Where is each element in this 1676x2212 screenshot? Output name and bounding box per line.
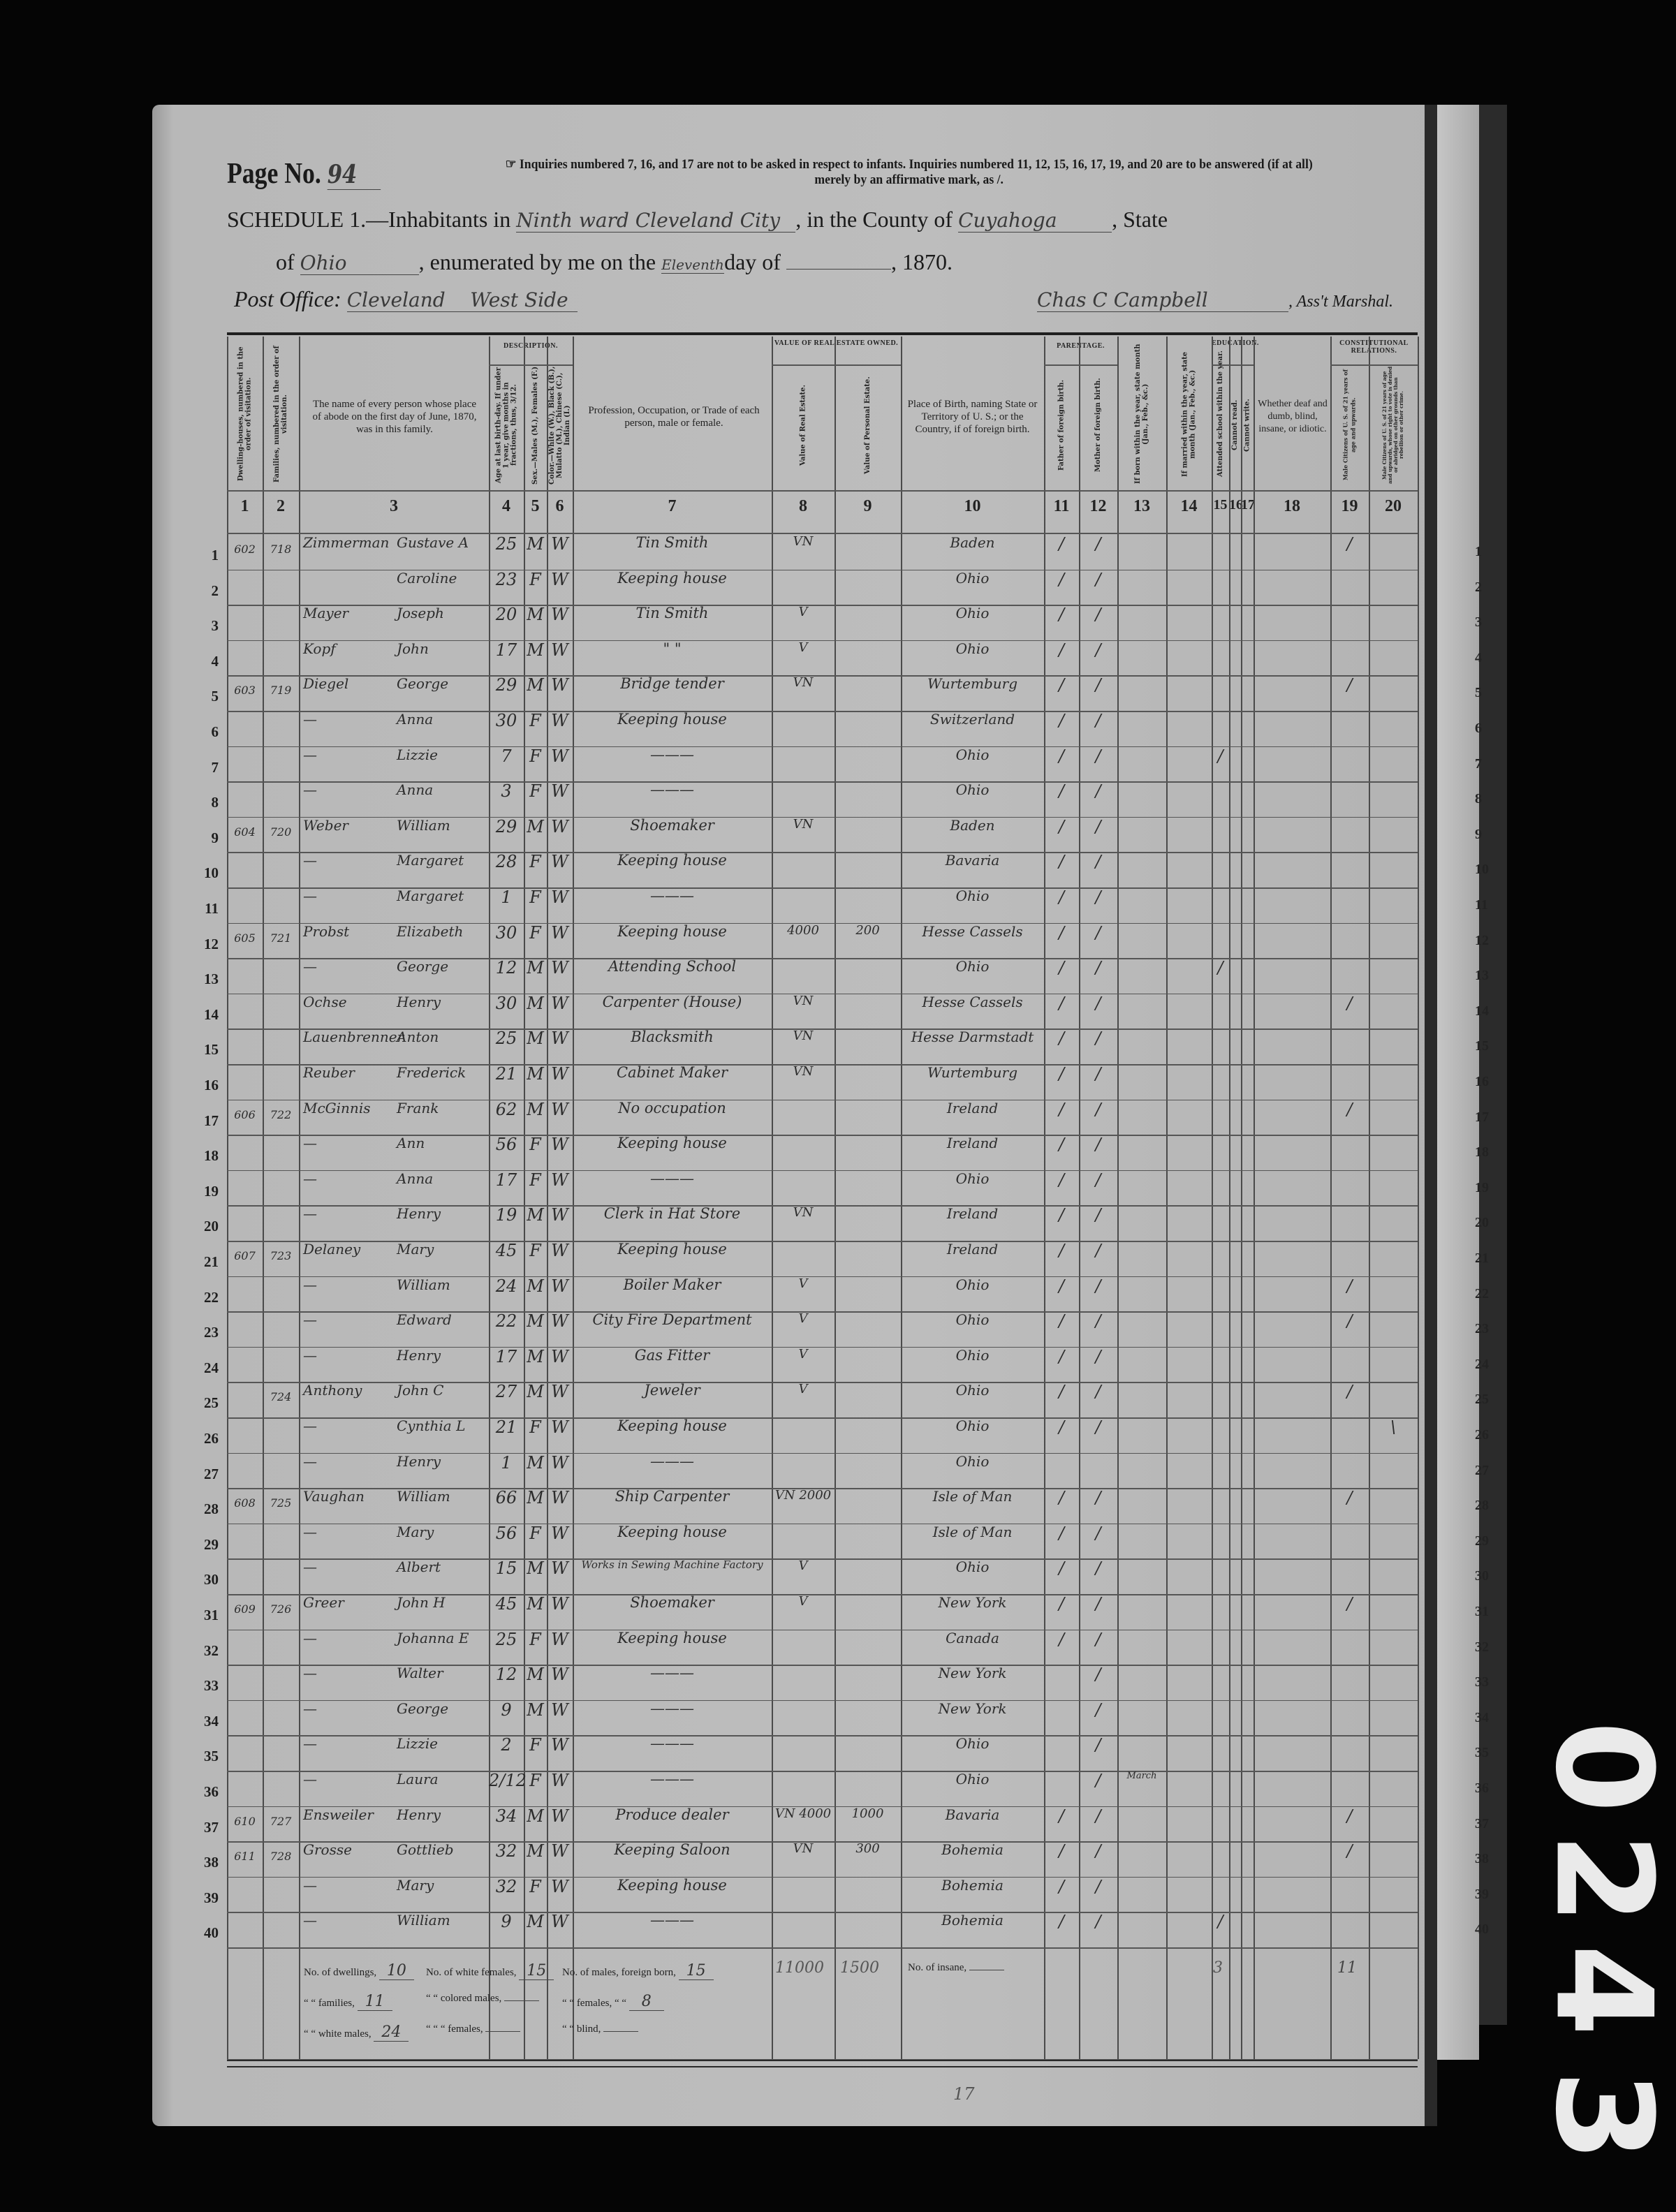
total-citizens: 11	[1337, 1959, 1357, 1977]
family-number	[263, 781, 299, 816]
family-number	[263, 1877, 299, 1912]
real-estate-value: VN 4000	[772, 1806, 835, 1841]
cannot-write	[1241, 1524, 1254, 1558]
age: 56	[489, 1524, 524, 1558]
cannot-read	[1229, 1665, 1241, 1699]
father-foreign	[1044, 1453, 1079, 1488]
real-estate-value: V	[772, 1276, 835, 1311]
mother-foreign: /	[1079, 1558, 1117, 1593]
age: 19	[489, 1205, 524, 1240]
disability	[1254, 1558, 1330, 1593]
age: 17	[489, 1347, 524, 1382]
table-row: 40—William9MW———Bohemia///	[227, 1912, 1418, 1947]
real-estate-value: VN	[772, 994, 835, 1028]
attended-school	[1212, 711, 1229, 746]
vote-denied	[1369, 1558, 1418, 1593]
given-name: William	[397, 1912, 487, 1947]
birthplace: Ohio	[901, 781, 1044, 816]
given-name: George	[397, 958, 487, 993]
table-row: 27—Henry1MW———Ohio	[227, 1453, 1418, 1489]
real-estate-value: V	[772, 1594, 835, 1629]
attended-school	[1212, 1700, 1229, 1735]
personal-estate-value	[835, 1028, 901, 1063]
line-number: 12	[191, 936, 219, 953]
occupation: ———	[573, 887, 772, 922]
real-estate-value	[772, 887, 835, 922]
family-number	[263, 1630, 299, 1665]
personal-estate-value	[835, 781, 901, 816]
vote-denied	[1369, 1488, 1418, 1523]
male-citizen	[1330, 817, 1369, 852]
family-number: 723	[263, 1241, 299, 1276]
page-gutter	[1425, 105, 1437, 2126]
cannot-read	[1229, 1241, 1241, 1276]
table-row: 11—Margaret1FW———Ohio//	[227, 887, 1418, 923]
dwelling-number	[227, 1170, 263, 1205]
born-within-year	[1117, 1382, 1166, 1417]
mother-foreign: /	[1079, 1524, 1117, 1558]
occupation: Keeping house	[573, 1135, 772, 1170]
margin-line-number: 31	[1475, 1604, 1489, 1620]
attended-school	[1212, 923, 1229, 958]
marshal-signature: Chas C Campbell	[1037, 288, 1288, 312]
margin-line-number: 6	[1475, 721, 1482, 737]
attended-school	[1212, 781, 1229, 816]
attended-school	[1212, 570, 1229, 605]
color: W	[547, 534, 573, 569]
given-name: Anton	[397, 1028, 487, 1063]
father-foreign: /	[1044, 958, 1079, 993]
cannot-write	[1241, 675, 1254, 710]
table-row: 7—Lizzie7FW———Ohio///	[227, 746, 1418, 782]
col-number-1: 1	[227, 497, 263, 516]
attended-school	[1212, 640, 1229, 675]
personal-estate-value	[835, 1453, 901, 1488]
married-within-year	[1166, 1771, 1212, 1806]
father-foreign: /	[1044, 1488, 1079, 1523]
sex: F	[524, 1417, 547, 1452]
cannot-write	[1241, 1877, 1254, 1912]
married-within-year	[1166, 1417, 1212, 1452]
line-number: 40	[191, 1924, 219, 1942]
mother-foreign: /	[1079, 1417, 1117, 1452]
age: 20	[489, 605, 524, 640]
birthplace: Ohio	[901, 958, 1044, 993]
color: W	[547, 1241, 573, 1276]
disability	[1254, 1382, 1330, 1417]
father-foreign	[1044, 1735, 1079, 1770]
personal-estate-value	[835, 1594, 901, 1629]
male-citizen	[1330, 1524, 1369, 1558]
cannot-write	[1241, 1453, 1254, 1488]
margin-line-number: 26	[1475, 1427, 1489, 1443]
surname: —	[303, 887, 317, 922]
total-white-females: No. of white females, 15	[426, 1962, 554, 1980]
occupation: Keeping Saloon	[573, 1841, 772, 1876]
age: 62	[489, 1100, 524, 1135]
surname: Diegel	[303, 675, 348, 710]
married-within-year	[1166, 1028, 1212, 1063]
age: 2/12	[489, 1771, 524, 1806]
county-field: Cuyahoga	[958, 209, 1112, 233]
sex: F	[524, 1241, 547, 1276]
dwelling-number	[227, 1064, 263, 1099]
microfilm-stamp-digit: 4	[1527, 1944, 1676, 2036]
line-number: 16	[191, 1077, 219, 1094]
age: 25	[489, 1028, 524, 1063]
dwelling-number	[227, 781, 263, 816]
family-number: 724	[263, 1382, 299, 1417]
born-within-year	[1117, 1100, 1166, 1135]
birthplace: Ireland	[901, 1205, 1044, 1240]
table-row: 38Grosse611728Gottlieb32MWKeeping Saloon…	[227, 1841, 1418, 1877]
group-real-estate: VALUE OF REAL ESTATE OWNED.	[772, 339, 901, 347]
table-row: 20—Henry19MWClerk in Hat StoreVNIreland/…	[227, 1205, 1418, 1241]
occupation: ———	[573, 1700, 772, 1735]
birthplace: Ohio	[901, 605, 1044, 640]
attended-school	[1212, 1241, 1229, 1276]
cannot-read	[1229, 1630, 1241, 1665]
line-number: 3	[191, 617, 219, 635]
cannot-write	[1241, 746, 1254, 781]
born-within-year	[1117, 994, 1166, 1028]
line-number: 1	[191, 547, 219, 564]
married-within-year	[1166, 1453, 1212, 1488]
born-within-year	[1117, 923, 1166, 958]
attended-school	[1212, 1311, 1229, 1346]
cannot-read	[1229, 1100, 1241, 1135]
dwelling-number: 605	[227, 923, 263, 958]
table-row: 32—Johanna E25FWKeeping houseCanada//	[227, 1630, 1418, 1665]
disability	[1254, 1417, 1330, 1452]
birthplace: Ohio	[901, 1453, 1044, 1488]
cannot-read	[1229, 852, 1241, 887]
family-number	[263, 1064, 299, 1099]
birthplace: Bohemia	[901, 1841, 1044, 1876]
male-citizen	[1330, 1028, 1369, 1063]
line-number: 22	[191, 1289, 219, 1306]
margin-line-number: 2	[1475, 580, 1482, 596]
given-name: Anna	[397, 781, 487, 816]
color: W	[547, 1841, 573, 1876]
real-estate-value: VN	[772, 1064, 835, 1099]
col-number-15: 15	[1212, 497, 1229, 513]
sex: M	[524, 1594, 547, 1629]
occupation: ———	[573, 1170, 772, 1205]
occupation: ———	[573, 781, 772, 816]
male-citizen: /	[1330, 1100, 1369, 1135]
col-5-header: Sex.—Males (M.), Females (F.)	[524, 366, 547, 485]
occupation: ———	[573, 1912, 772, 1947]
col-number-8: 8	[772, 497, 835, 516]
margin-line-number: 20	[1475, 1215, 1489, 1231]
cannot-read	[1229, 570, 1241, 605]
sex: F	[524, 1735, 547, 1770]
age: 24	[489, 1276, 524, 1311]
family-number	[263, 1524, 299, 1558]
line-number: 4	[191, 653, 219, 670]
margin-line-number: 3	[1475, 614, 1482, 631]
personal-estate-value	[835, 1311, 901, 1346]
mother-foreign: /	[1079, 1594, 1117, 1629]
color: W	[547, 1205, 573, 1240]
vote-denied	[1369, 1276, 1418, 1311]
disability	[1254, 1028, 1330, 1063]
vote-denied	[1369, 711, 1418, 746]
table-row: 3MayerJoseph20MWTin SmithVOhio//	[227, 605, 1418, 640]
occupation: Clerk in Hat Store	[573, 1205, 772, 1240]
mother-foreign: /	[1079, 1100, 1117, 1135]
total-school: 3	[1213, 1959, 1223, 1977]
born-within-year	[1117, 1665, 1166, 1699]
personal-estate-value	[835, 711, 901, 746]
attended-school	[1212, 1558, 1229, 1593]
occupation: Attending School	[573, 958, 772, 993]
surname: —	[303, 1453, 317, 1488]
table-row: 35—Lizzie2FW———Ohio/	[227, 1735, 1418, 1771]
attended-school	[1212, 1841, 1229, 1876]
given-name: William	[397, 1488, 487, 1523]
married-within-year	[1166, 1064, 1212, 1099]
mother-foreign: /	[1079, 817, 1117, 852]
real-estate-value: 4000	[772, 923, 835, 958]
born-within-year	[1117, 1912, 1166, 1947]
dwelling-number	[227, 1700, 263, 1735]
sex: F	[524, 711, 547, 746]
birthplace: Bavaria	[901, 1806, 1044, 1841]
vote-denied	[1369, 605, 1418, 640]
given-name: George	[397, 675, 487, 710]
line-number: 35	[191, 1748, 219, 1765]
father-foreign: /	[1044, 887, 1079, 922]
occupation: Keeping house	[573, 852, 772, 887]
born-within-year	[1117, 1735, 1166, 1770]
personal-estate-value	[835, 994, 901, 1028]
cannot-write	[1241, 1594, 1254, 1629]
table-row: 34—George9MW———New York/	[227, 1700, 1418, 1736]
margin-line-number: 4	[1475, 650, 1482, 666]
col-20-header: Male Citizens of U. S. of 21 years of ag…	[1369, 366, 1418, 485]
dwelling-number: 609	[227, 1594, 263, 1629]
color: W	[547, 1524, 573, 1558]
cannot-read	[1229, 605, 1241, 640]
occupation: Keeping house	[573, 1630, 772, 1665]
birthplace: Hesse Cassels	[901, 994, 1044, 1028]
born-within-year	[1117, 1806, 1166, 1841]
sex: M	[524, 605, 547, 640]
sex: F	[524, 1170, 547, 1205]
given-name: John C	[397, 1382, 487, 1417]
real-estate-value: VN	[772, 1205, 835, 1240]
adjacent-page-edge	[1437, 105, 1479, 2060]
cannot-read	[1229, 1877, 1241, 1912]
color: W	[547, 1453, 573, 1488]
family-number: 721	[263, 923, 299, 958]
born-within-year	[1117, 887, 1166, 922]
line-number: 19	[191, 1183, 219, 1200]
married-within-year	[1166, 1241, 1212, 1276]
table-row: 30—Albert15MWWorks in Sewing Machine Fac…	[227, 1558, 1418, 1594]
birthplace: Hesse Darmstadt	[901, 1028, 1044, 1063]
dwelling-number	[227, 640, 263, 675]
birthplace: Ohio	[901, 570, 1044, 605]
line-number: 14	[191, 1006, 219, 1024]
surname: Lauenbrenner	[303, 1028, 404, 1063]
group-underline	[772, 364, 901, 366]
attended-school	[1212, 1170, 1229, 1205]
table-row: 31Greer609726John H45MWShoemakerVNew Yor…	[227, 1594, 1418, 1630]
color: W	[547, 1276, 573, 1311]
dwelling-number: 608	[227, 1488, 263, 1523]
table-row: 10—Margaret28FWKeeping houseBavaria//	[227, 852, 1418, 887]
cannot-write	[1241, 1276, 1254, 1311]
born-within-year	[1117, 746, 1166, 781]
group-underline	[1212, 364, 1254, 366]
personal-estate-value	[835, 817, 901, 852]
age: 45	[489, 1241, 524, 1276]
table-row: 37Ensweiler610727Henry34MWProduce dealer…	[227, 1806, 1418, 1842]
male-citizen: /	[1330, 1311, 1369, 1346]
surname: —	[303, 1311, 317, 1346]
row-divider	[227, 1947, 1418, 1949]
attended-school	[1212, 852, 1229, 887]
family-number	[263, 958, 299, 993]
col-17-header: Cannot write.	[1241, 366, 1254, 485]
color: W	[547, 1064, 573, 1099]
disability	[1254, 1347, 1330, 1382]
given-name: Joseph	[397, 605, 487, 640]
col-number-18: 18	[1254, 497, 1330, 516]
binding-edge	[1479, 105, 1507, 2025]
row-divider	[227, 490, 1418, 492]
group-underline	[1330, 364, 1418, 366]
cannot-write	[1241, 1241, 1254, 1276]
total-real-estate: 11000	[775, 1959, 824, 1977]
male-citizen	[1330, 1558, 1369, 1593]
vote-denied	[1369, 1028, 1418, 1063]
age: 22	[489, 1311, 524, 1346]
post-office-field: Cleveland West Side	[347, 288, 578, 312]
personal-estate-value	[835, 640, 901, 675]
male-citizen	[1330, 1912, 1369, 1947]
disability	[1254, 817, 1330, 852]
table-row: 26—Cynthia L21FWKeeping houseOhio//\	[227, 1417, 1418, 1453]
family-number	[263, 1311, 299, 1346]
vote-denied	[1369, 958, 1418, 993]
father-foreign	[1044, 1700, 1079, 1735]
born-within-year	[1117, 781, 1166, 816]
birthplace: New York	[901, 1700, 1044, 1735]
occupation: City Fire Department	[573, 1311, 772, 1346]
sex: F	[524, 1877, 547, 1912]
disability	[1254, 640, 1330, 675]
real-estate-value	[772, 1700, 835, 1735]
place-field: Ninth ward Cleveland City	[516, 209, 795, 233]
married-within-year	[1166, 1382, 1212, 1417]
line-number: 31	[191, 1607, 219, 1624]
family-number	[263, 1558, 299, 1593]
father-foreign: /	[1044, 711, 1079, 746]
sex: M	[524, 1558, 547, 1593]
col-number-4: 4	[489, 497, 524, 516]
father-foreign: /	[1044, 1205, 1079, 1240]
color: W	[547, 1347, 573, 1382]
col-number-7: 7	[573, 497, 772, 516]
col-3-header: The name of every person whose place of …	[307, 364, 482, 469]
father-foreign: /	[1044, 1064, 1079, 1099]
margin-line-number: 33	[1475, 1674, 1489, 1690]
personal-estate-value	[835, 1347, 901, 1382]
attended-school	[1212, 1276, 1229, 1311]
married-within-year	[1166, 1594, 1212, 1629]
line-number: 29	[191, 1536, 219, 1554]
married-within-year	[1166, 675, 1212, 710]
father-foreign: /	[1044, 994, 1079, 1028]
real-estate-value: VN	[772, 1841, 835, 1876]
born-within-year	[1117, 1877, 1166, 1912]
vote-denied	[1369, 887, 1418, 922]
disability	[1254, 1665, 1330, 1699]
mother-foreign: /	[1079, 1806, 1117, 1841]
given-name: Caroline	[397, 570, 487, 605]
cannot-read	[1229, 1488, 1241, 1523]
given-name: William	[397, 1276, 487, 1311]
group-description: DESCRIPTION.	[489, 342, 573, 350]
group-underline	[1044, 364, 1117, 366]
mother-foreign: /	[1079, 1841, 1117, 1876]
margin-line-number: 37	[1475, 1816, 1489, 1832]
birthplace: Wurtemburg	[901, 1064, 1044, 1099]
table-row: 18—Ann56FWKeeping houseIreland//	[227, 1135, 1418, 1170]
table-row: 22—William24MWBoiler MakerVOhio///	[227, 1276, 1418, 1312]
column-divider	[1418, 337, 1419, 2059]
attended-school	[1212, 1064, 1229, 1099]
vote-denied	[1369, 1594, 1418, 1629]
age: 12	[489, 958, 524, 993]
birthplace: Hesse Cassels	[901, 923, 1044, 958]
married-within-year	[1166, 994, 1212, 1028]
disability	[1254, 1100, 1330, 1135]
surname: Grosse	[303, 1841, 352, 1876]
family-number	[263, 1665, 299, 1699]
line-number: 34	[191, 1713, 219, 1730]
col-7-header: Profession, Occupation, or Trade of each…	[580, 364, 768, 469]
given-name: Henry	[397, 1453, 487, 1488]
surname: Anthony	[303, 1382, 362, 1417]
sex: F	[524, 1524, 547, 1558]
male-citizen	[1330, 958, 1369, 993]
disability	[1254, 781, 1330, 816]
occupation: Bridge tender	[573, 675, 772, 710]
table-row: 14OchseHenry30MWCarpenter (House)VNHesse…	[227, 994, 1418, 1029]
male-citizen: /	[1330, 675, 1369, 710]
family-number: 719	[263, 675, 299, 710]
color: W	[547, 640, 573, 675]
age: 30	[489, 711, 524, 746]
married-within-year	[1166, 1877, 1212, 1912]
cannot-read	[1229, 675, 1241, 710]
family-number: 727	[263, 1806, 299, 1841]
birthplace: Ohio	[901, 1311, 1044, 1346]
male-citizen	[1330, 746, 1369, 781]
color: W	[547, 746, 573, 781]
real-estate-value: V	[772, 1311, 835, 1346]
attended-school	[1212, 605, 1229, 640]
schedule-line: SCHEDULE 1.—Inhabitants in Ninth ward Cl…	[227, 207, 1168, 233]
personal-estate-value	[835, 605, 901, 640]
male-citizen: /	[1330, 1382, 1369, 1417]
table-row: 4KopfJohn17MW" "VOhio//	[227, 640, 1418, 676]
